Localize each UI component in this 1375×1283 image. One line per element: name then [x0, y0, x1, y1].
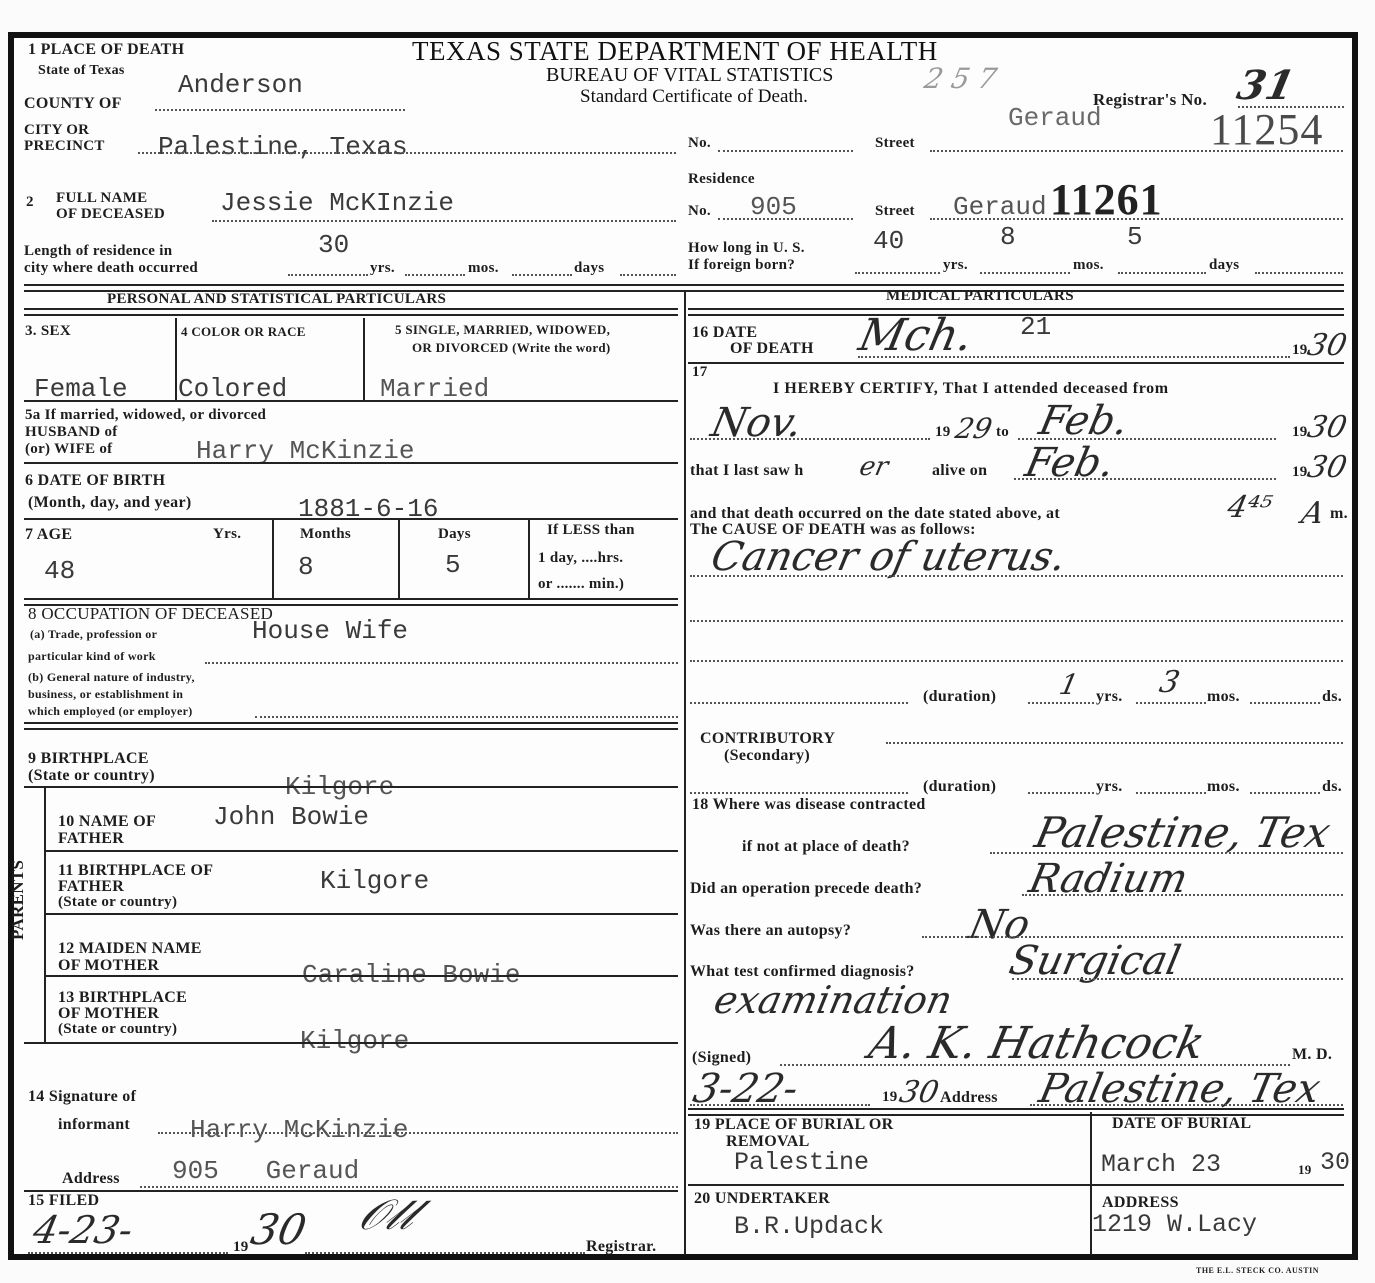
bureau-title: BUREAU OF VITAL STATISTICS [546, 64, 833, 87]
from-year-prefix: 19 [935, 424, 951, 441]
place-no-label: No. [688, 135, 711, 152]
occ-b-label-2: business, or establishment in [28, 687, 183, 702]
us-yrs-label: yrs. [943, 257, 968, 274]
death-time: 4⁴⁵ [1224, 490, 1275, 525]
county-label: COUNTY OF [24, 95, 122, 113]
attended-from-year: 29 [952, 412, 995, 445]
mos-label: mos. [468, 260, 499, 277]
mother-bp-label-3: (State or country) [58, 1021, 177, 1038]
contributory-label-2: (Secondary) [724, 747, 810, 765]
age-label: 7 AGE [25, 526, 72, 544]
contrib-duration-label: (duration) [923, 778, 996, 796]
address-label: Address [940, 1089, 998, 1107]
city-label-2: PRECINCT [24, 138, 105, 155]
race-label: 4 COLOR OR RACE [181, 324, 306, 340]
duration-yrs-label: yrs. [1096, 688, 1123, 706]
us-yrs-value: 40 [873, 226, 904, 256]
father-label-1: 10 NAME OF [58, 813, 156, 831]
contracted-label-2: if not at place of death? [742, 838, 910, 856]
contrib-ds-label: ds. [1322, 778, 1342, 796]
occ-a-label-1: (a) Trade, profession or [30, 627, 157, 642]
burial-place-value: Palestine [734, 1148, 869, 1177]
place-of-death-heading: 1 PLACE OF DEATH [28, 41, 184, 59]
informant-address-value: 905 Geraud [172, 1156, 359, 1186]
physician-signature: A. K. Hathcock [865, 1018, 1209, 1069]
name-label-1: FULL NAME [56, 190, 147, 207]
cert-num: 17 [692, 364, 708, 381]
personal-section-title: PERSONAL AND STATISTICAL PARTICULARS [107, 291, 446, 308]
occupation-value: House Wife [252, 616, 408, 646]
death-m: m. [1330, 505, 1348, 523]
age-months-label: Months [300, 526, 351, 543]
undertaker-label: 20 UNDERTAKER [694, 1190, 830, 1208]
spouse-label-3: (or) WIFE of [25, 441, 112, 458]
attended-to-year: 30 [1304, 410, 1350, 445]
printer-imprint: THE E.L. STECK CO. AUSTIN [1196, 1266, 1319, 1275]
burial-year-prefix: 19 [1298, 1162, 1312, 1178]
birthplace-label-2: (State or country) [28, 767, 155, 785]
less-label-2: 1 day, ....hrs. [538, 550, 623, 567]
signed-year: 30 [896, 1075, 942, 1110]
md-label: M. D. [1292, 1046, 1332, 1064]
place-street-value: Geraud [1008, 103, 1102, 133]
birthplace-label-1: 9 BIRTHPLACE [28, 750, 149, 768]
us-mos-value: 8 [1000, 222, 1016, 252]
contrib-mos-label: mos. [1207, 778, 1240, 796]
certificate-subtitle: Standard Certificate of Death. [580, 86, 808, 108]
autopsy-label: Was there an autopsy? [690, 922, 851, 940]
duration-ds-label: ds. [1322, 688, 1342, 706]
cause-value: Cancer of uterus. [707, 534, 1070, 580]
name-label-2: OF DECEASED [56, 206, 165, 223]
spouse-label-2: HUSBAND of [25, 424, 118, 441]
dod-label-2: OF DEATH [730, 340, 814, 358]
registrar-label: Registrar. [586, 1238, 656, 1256]
father-label-2: FATHER [58, 830, 124, 848]
contracted-value: Palestine, Tex [1031, 808, 1335, 857]
registrar-signature: 𝒪𝓁𝓁 [355, 1190, 420, 1240]
dod-month: Mch. [855, 310, 978, 361]
dod-day: 21 [1020, 312, 1051, 342]
spouse-label-1: 5a If married, widowed, or divorced [25, 407, 266, 424]
city-label-1: CITY OR [24, 122, 89, 139]
mother-label-1: 12 MAIDEN NAME [58, 940, 202, 958]
test-value-2: examination [710, 978, 956, 1022]
dob-label-2: (Month, day, and year) [28, 494, 192, 512]
informant-value: Harry McKinzie [190, 1115, 408, 1145]
city-value: Palestine, Texas [158, 132, 408, 162]
us-days-label: days [1209, 257, 1239, 274]
days-label: days [574, 260, 604, 277]
father-value: John Bowie [213, 802, 369, 832]
less-label-1: If LESS than [547, 522, 635, 539]
last-saw-year: 30 [1304, 450, 1350, 485]
burial-place-label-1: 19 PLACE OF BURIAL OR [694, 1116, 894, 1134]
undertaker-value: B.R.Updack [734, 1212, 884, 1241]
dod-year: 30 [1304, 328, 1350, 363]
informant-label-2: informant [58, 1116, 130, 1134]
age-yrs-value: 48 [44, 556, 75, 586]
certificate-title: TEXAS STATE DEPARTMENT OF HEALTH [412, 36, 938, 67]
state-label: State of Texas [38, 63, 125, 79]
mother-bp-value: Kilgore [300, 1026, 409, 1056]
duration-label: (duration) [923, 688, 996, 706]
to-label: to [996, 424, 1009, 441]
signed-label: (Signed) [692, 1049, 751, 1067]
filed-year: 30 [247, 1205, 311, 1254]
informant-address-label: Address [62, 1170, 120, 1188]
occ-b-label-1: (b) General nature of industry, [28, 670, 195, 685]
contracted-label-1: 18 Where was disease contracted [692, 796, 926, 814]
last-saw-label-2: alive on [932, 462, 987, 480]
burial-year: 30 [1320, 1148, 1350, 1177]
undertaker-address-value: 1219 W.Lacy [1092, 1210, 1257, 1239]
age-months-value: 8 [298, 552, 314, 582]
father-bp-value: Kilgore [320, 866, 429, 896]
occupation-label: 8 OCCUPATION OF DECEASED [28, 604, 273, 624]
less-label-3: or ....... min.) [538, 576, 624, 593]
length-yrs-value: 30 [318, 230, 349, 260]
marital-label-1: 5 SINGLE, MARRIED, WIDOWED, [395, 322, 610, 338]
burial-date-value: March 23 [1101, 1150, 1221, 1179]
contributory-label-1: CONTRIBUTORY [700, 730, 835, 748]
deceased-name: Jessie McKInzie [220, 188, 454, 218]
age-days-label: Days [438, 526, 471, 543]
operation-label: Did an operation precede death? [690, 880, 922, 898]
us-days-value: 5 [1127, 222, 1143, 252]
county-value: Anderson [178, 70, 303, 100]
us-label-1: How long in U. S. [688, 240, 805, 257]
res-no-label: No. [688, 203, 711, 220]
medical-section-title: MEDICAL PARTICULARS [886, 288, 1074, 305]
signed-year-prefix: 19 [882, 1089, 898, 1106]
burial-date-label: DATE OF BURIAL [1112, 1115, 1251, 1133]
pencil-note: 2 5 7 [921, 62, 999, 95]
length-label-1: Length of residence in [24, 243, 172, 260]
duration-mos-label: mos. [1207, 688, 1240, 706]
stamp-number-1: 11254 [1210, 104, 1323, 155]
contrib-yrs-label: yrs. [1096, 778, 1123, 796]
place-street-label: Street [875, 135, 915, 152]
filed-date: 4-23- [29, 1208, 137, 1252]
father-bp-label-3: (State or country) [58, 894, 177, 911]
mother-label-2: OF MOTHER [58, 957, 159, 975]
sex-label: 3. SEX [25, 323, 71, 340]
us-mos-label: mos. [1073, 257, 1104, 274]
registrar-no-value: 31 [1233, 62, 1299, 109]
marital-label-2: OR DIVORCED (Write the word) [412, 340, 611, 356]
us-label-2: If foreign born? [688, 257, 795, 274]
informant-label-1: 14 Signature of [28, 1088, 136, 1106]
registrar-no-label: Registrar's No. [1093, 90, 1207, 110]
res-street-label: Street [875, 203, 915, 220]
residence-label: Residence [688, 171, 755, 188]
parents-label: PARENTS [8, 860, 28, 940]
occ-a-label-2: particular kind of work [28, 649, 156, 664]
certify-text: I HEREBY CERTIFY, That I attended deceas… [773, 380, 1169, 398]
yrs-label: yrs. [370, 260, 395, 277]
name-num: 2 [26, 194, 34, 211]
last-saw-label-1: that I last saw h [690, 462, 804, 480]
occ-b-label-3: which employed (or employer) [28, 704, 193, 719]
stamp-number-2: 11261 [1050, 174, 1163, 225]
dob-label-1: 6 DATE OF BIRTH [25, 472, 165, 490]
age-days-value: 5 [445, 550, 461, 580]
length-label-2: city where death occurred [24, 260, 198, 277]
age-yrs-label: Yrs. [213, 526, 241, 543]
